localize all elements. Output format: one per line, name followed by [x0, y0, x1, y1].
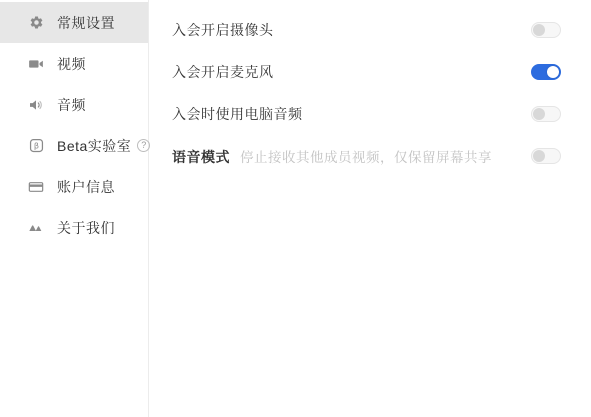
sidebar-item-about-us[interactable]: 关于我们: [0, 207, 148, 248]
camera-on-join-toggle[interactable]: [531, 22, 561, 38]
sidebar-item-label: 账户信息: [57, 177, 115, 197]
sidebar-item-label: 常规设置: [57, 13, 115, 33]
id-card-icon: [28, 179, 44, 195]
toggle-knob: [533, 108, 545, 120]
computer-audio-toggle[interactable]: [531, 106, 561, 122]
setting-row-camera-on-join: 入会开启摄像头: [172, 9, 561, 51]
settings-window: 常规设置 视频 音频: [0, 0, 591, 417]
sidebar-item-audio[interactable]: 音频: [0, 84, 148, 125]
toggle-knob: [533, 150, 545, 162]
video-camera-icon: [28, 56, 44, 72]
sidebar-item-label: 视频: [57, 54, 86, 74]
setting-label: 入会开启摄像头: [172, 20, 274, 40]
sidebar-item-account-info[interactable]: 账户信息: [0, 166, 148, 207]
sidebar-item-label: Beta实验室: [57, 136, 131, 156]
sidebar: 常规设置 视频 音频: [0, 0, 149, 417]
sidebar-item-video[interactable]: 视频: [0, 43, 148, 84]
setting-description: 停止接收其他成员视频，仅保留屏幕共享: [240, 146, 492, 166]
setting-row-mic-on-join: 入会开启麦克风: [172, 51, 561, 93]
toggle-knob: [533, 24, 545, 36]
setting-row-computer-audio: 入会时使用电脑音频: [172, 93, 561, 135]
toggle-knob: [547, 66, 559, 78]
sidebar-item-beta-lab[interactable]: β Beta实验室 ?: [0, 125, 148, 166]
beta-lab-icon: β: [28, 138, 44, 154]
setting-label: 入会开启麦克风: [172, 62, 274, 82]
voice-mode-toggle[interactable]: [531, 148, 561, 164]
setting-label: 入会时使用电脑音频: [172, 104, 303, 124]
sidebar-item-general-settings[interactable]: 常规设置: [0, 2, 148, 43]
sidebar-item-label: 音频: [57, 95, 86, 115]
sidebar-item-label: 关于我们: [57, 218, 115, 238]
mic-on-join-toggle[interactable]: [531, 64, 561, 80]
setting-label: 语音模式: [172, 147, 230, 167]
svg-text:β: β: [33, 141, 38, 151]
speaker-icon: [28, 97, 44, 113]
settings-panel: 入会开启摄像头 入会开启麦克风 入会时使用电脑音频 语音模式: [149, 0, 591, 417]
setting-row-voice-mode: 语音模式 停止接收其他成员视频，仅保留屏幕共享: [172, 135, 561, 177]
gear-icon: [28, 15, 44, 31]
mountains-logo-icon: [28, 220, 44, 236]
